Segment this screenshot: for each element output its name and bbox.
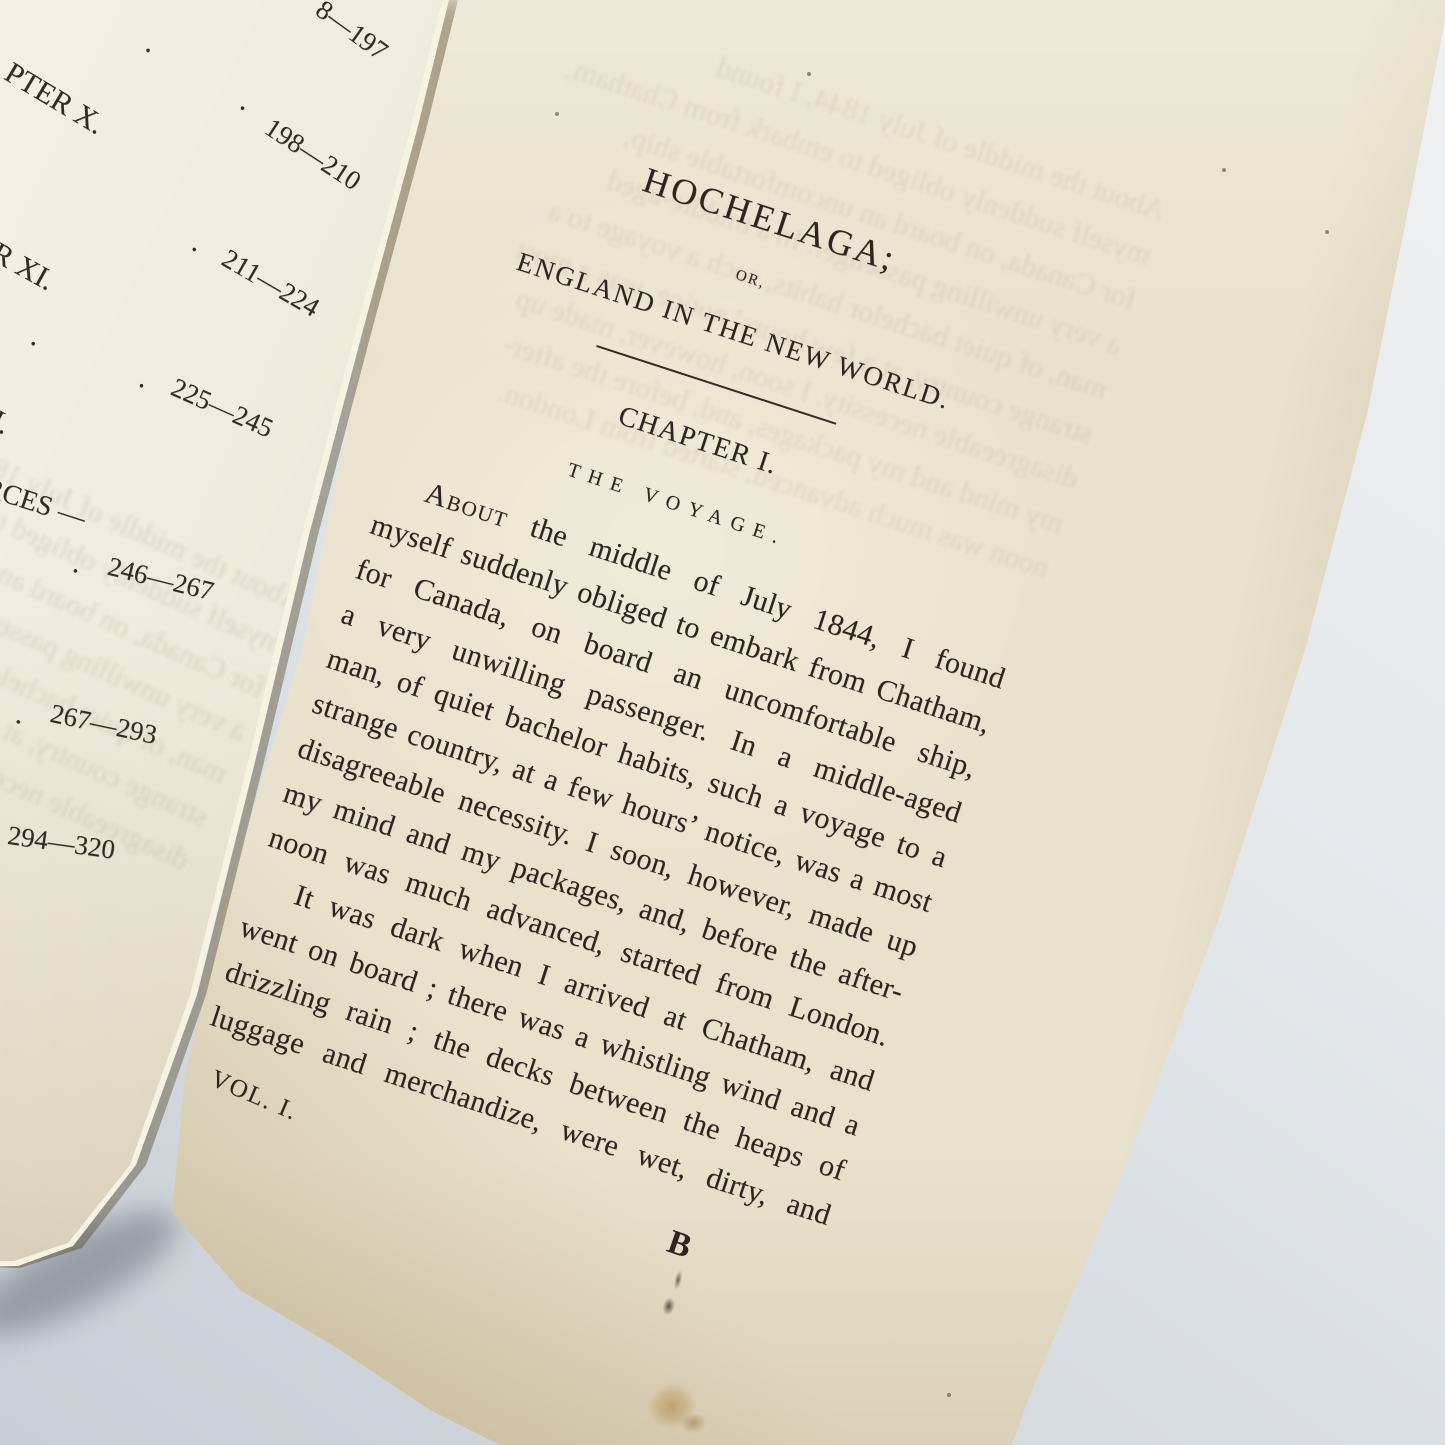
contents-leader-dot: ·	[21, 327, 45, 362]
contents-fragment: R XI.	[0, 236, 60, 298]
contents-fragment: 8—197	[310, 0, 394, 67]
contents-leader-dot: ·	[134, 34, 160, 68]
book-subtitle: ENGLAND IN THE NEW WORLD.	[420, 216, 1048, 446]
contents-leader-dot: ·	[228, 92, 255, 126]
contents-leader-dot: ·	[129, 369, 153, 404]
paper-speck	[1222, 168, 1226, 172]
contents-fragment: 198—210	[259, 112, 366, 197]
paper-speck	[807, 72, 811, 76]
book-photo: About the middle of July 1844, I foundmy…	[0, 0, 1445, 1445]
contents-fragment: 211—224	[217, 243, 325, 323]
contents-fragment: PTER X.	[0, 56, 110, 142]
paper-speck	[947, 1393, 951, 1397]
contents-fragment: II.	[0, 399, 16, 442]
paper-speck	[555, 112, 559, 116]
contents-fragment: 225—245	[166, 372, 277, 444]
paper-speck	[1325, 230, 1329, 234]
contents-leader-dot: ·	[181, 233, 207, 267]
